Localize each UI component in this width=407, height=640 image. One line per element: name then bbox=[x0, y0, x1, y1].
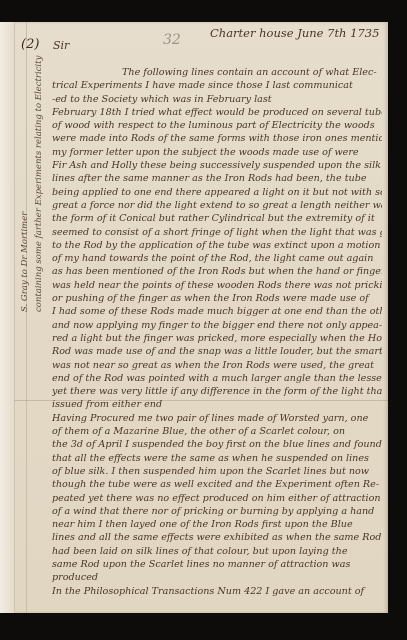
text-line: red a light but the finger was pricked, … bbox=[52, 332, 382, 345]
text-line: lines and all the same effects were exhi… bbox=[52, 531, 382, 544]
text-line: yet there was very little if any differe… bbox=[52, 385, 382, 398]
text-line: that all the effects were the same as wh… bbox=[52, 452, 382, 465]
manuscript-page: (2) Sir 32 Charter house June 7th 1735 S… bbox=[0, 22, 388, 613]
text-line: February 18th I tried what effect would … bbox=[52, 106, 382, 119]
letter-body: The following lines contain an account o… bbox=[52, 66, 382, 598]
text-line: of blue silk. I then suspended him upon … bbox=[52, 465, 382, 478]
text-line: and now applying my finger to the bigger… bbox=[52, 319, 382, 332]
text-line: was held near the points of these wooden… bbox=[52, 279, 382, 292]
text-line: of them of a Mazarine Blue, the other of… bbox=[52, 425, 382, 438]
dateline: Charter house June 7th 1735 bbox=[210, 26, 379, 40]
text-line: seemed to consist of a short fringe of l… bbox=[52, 226, 382, 239]
text-line: Fir Ash and Holly these being successive… bbox=[52, 159, 382, 172]
text-line: issued from either end bbox=[52, 398, 382, 411]
text-line: trical Experiments I have made since tho… bbox=[52, 79, 382, 92]
text-line: of a wind that there nor of pricking or … bbox=[52, 505, 382, 518]
text-line: the 3d of April I suspended the boy firs… bbox=[52, 438, 382, 451]
salutation: Sir bbox=[53, 39, 69, 52]
text-line: lines after the same manner as the Iron … bbox=[52, 172, 382, 185]
margin-note-title: S. Gray to Dr Mortimer bbox=[20, 212, 30, 312]
text-line: being applied to one end there appeared … bbox=[52, 186, 382, 199]
binding-strip bbox=[0, 22, 15, 613]
text-line: near him I then layed one of the Iron Ro… bbox=[52, 518, 382, 531]
text-line: of my hand towards the point of the Rod,… bbox=[52, 252, 382, 265]
text-line: I had some of these Rods made much bigge… bbox=[52, 305, 382, 318]
text-line: had been laid on silk lines of that colo… bbox=[52, 545, 382, 558]
text-line: The following lines contain an account o… bbox=[52, 66, 382, 79]
text-line: the form of it Conical but rather Cylind… bbox=[52, 212, 382, 225]
folio-number: 32 bbox=[163, 32, 181, 48]
text-line: of wood with respect to the luminous par… bbox=[52, 119, 382, 132]
text-line: Having Procured me two pair of lines mad… bbox=[52, 412, 382, 425]
page-number: (2) bbox=[21, 37, 39, 52]
text-line: same Rod upon the Scarlet lines no manne… bbox=[52, 558, 382, 571]
text-line: was not near so great as when the Iron R… bbox=[52, 359, 382, 372]
text-line: though the tube were as well excited and… bbox=[52, 478, 382, 491]
text-line: my former letter upon the subject the wo… bbox=[52, 146, 382, 159]
text-line: -ed to the Society which was in February… bbox=[52, 93, 382, 106]
text-line: as has been mentioned of the Iron Rods b… bbox=[52, 265, 382, 278]
text-line: great a force nor did the light extend t… bbox=[52, 199, 382, 212]
text-line: Rod was made use of and the snap was a l… bbox=[52, 345, 382, 358]
text-line: produced bbox=[52, 571, 382, 584]
text-line: or pushing of the finger as when the Iro… bbox=[52, 292, 382, 305]
text-line: were made into Rods of the same forms wi… bbox=[52, 132, 382, 145]
text-line: to the Rod by the application of the tub… bbox=[52, 239, 382, 252]
text-line: peated yet there was no effect produced … bbox=[52, 492, 382, 505]
text-line: In the Philosophical Transactions Num 42… bbox=[52, 585, 382, 598]
text-line: end of the Rod was pointed with a much l… bbox=[52, 372, 382, 385]
margin-fold-line bbox=[26, 22, 27, 613]
margin-note-subject: containing some farther Experiments rela… bbox=[34, 56, 44, 312]
